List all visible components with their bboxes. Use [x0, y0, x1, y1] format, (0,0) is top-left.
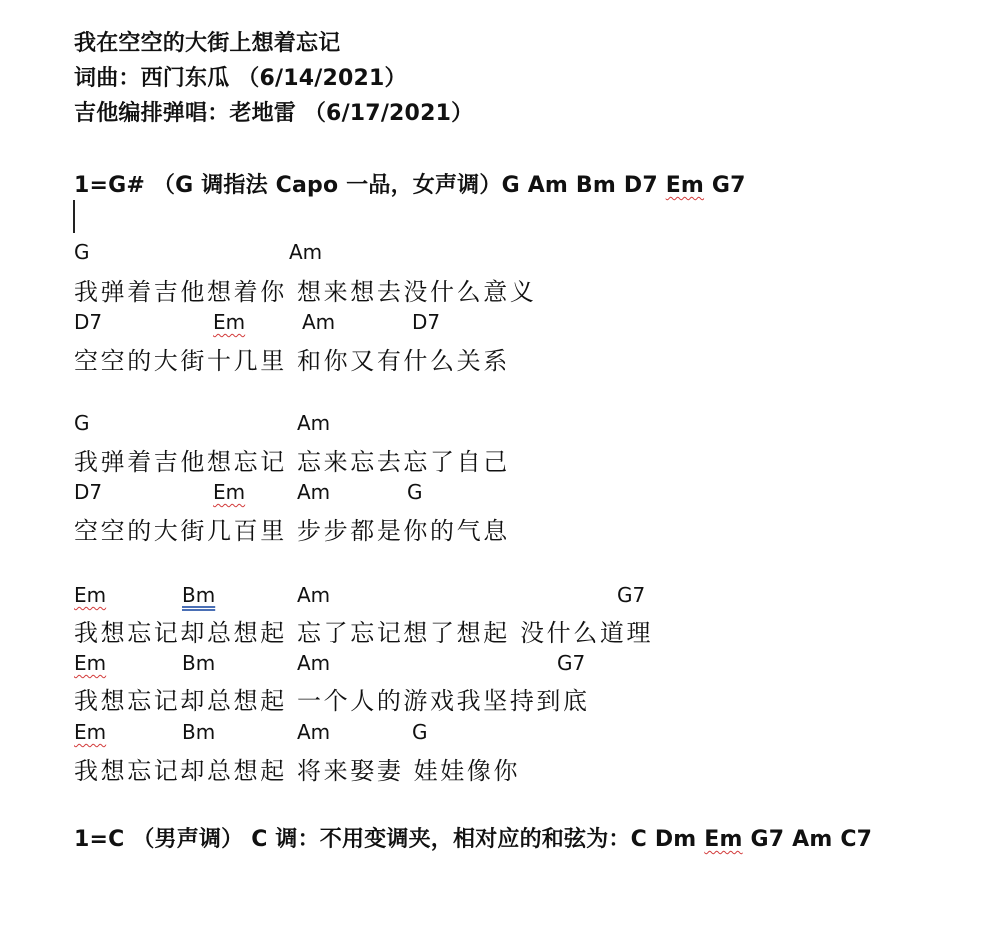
key-line-male-suffix: G7 Am C7: [743, 827, 873, 852]
chord: Em: [213, 310, 245, 334]
chord: G: [74, 240, 90, 264]
lyric-line: 我弹着吉他想着你 想来想去没什么意义: [74, 272, 536, 307]
chord: Em: [74, 720, 106, 744]
chord: Am: [297, 720, 330, 744]
key-line-female-suffix: G7: [704, 173, 746, 198]
chord: D7: [412, 310, 440, 334]
chord: G: [74, 411, 90, 435]
text-cursor: [73, 200, 75, 233]
chord-row: Em Bm Am G: [0, 720, 1000, 746]
key-line-male-text: 1=C （男声调） C 调：不用变调夹，相对应的和弦为：C Dm: [74, 827, 704, 852]
key-line-female-text: 1=G# （G 调指法 Capo 一品，女声调）G Am Bm D7: [74, 173, 666, 198]
chord: D7: [74, 310, 102, 334]
chord: Em: [213, 480, 245, 504]
chord: Am: [302, 310, 335, 334]
spellcheck-em-chord: Em: [666, 173, 704, 198]
chord-row: G Am: [0, 240, 1000, 266]
chord-row: D7 Em Am G: [0, 480, 1000, 506]
chord: Bm: [182, 651, 215, 675]
chord: Am: [297, 480, 330, 504]
chord-row: Em Bm Am G7: [0, 583, 1000, 609]
song-title: 我在空空的大街上想着忘记: [74, 26, 340, 57]
chord-row: Em Bm Am G7: [0, 651, 1000, 677]
chord: Em: [74, 583, 106, 607]
chord: Am: [289, 240, 322, 264]
chord: G: [412, 720, 428, 744]
chord: D7: [74, 480, 102, 504]
lyric-line: 我想忘记却总想起 一个人的游戏我坚持到底: [74, 681, 590, 716]
chord: Em: [74, 651, 106, 675]
key-line-female: 1=G# （G 调指法 Capo 一品，女声调）G Am Bm D7 Em G7: [74, 168, 746, 199]
lyric-line: 空空的大街十几里 和你又有什么关系: [74, 341, 510, 376]
chord: Am: [297, 411, 330, 435]
chord: Am: [297, 583, 330, 607]
lyric-line: 我想忘记却总想起 将来娶妻 娃娃像你: [74, 751, 520, 786]
chord: G7: [557, 651, 585, 675]
chord: Am: [297, 651, 330, 675]
chord-row: G Am: [0, 411, 1000, 437]
chord: Bm: [182, 720, 215, 744]
chord: G: [407, 480, 423, 504]
lyric-line: 我弹着吉他想忘记 忘来忘去忘了自己: [74, 442, 510, 477]
chord-row: D7 Em Am D7: [0, 310, 1000, 336]
arranger-line: 吉他编排弹唱：老地雷 （6/17/2021）: [74, 96, 473, 127]
key-line-male: 1=C （男声调） C 调：不用变调夹，相对应的和弦为：C Dm Em G7 A…: [74, 822, 872, 853]
lyricist-line: 词曲：西门东瓜 （6/14/2021）: [74, 61, 407, 92]
document-page[interactable]: 我在空空的大街上想着忘记 词曲：西门东瓜 （6/14/2021） 吉他编排弹唱：…: [0, 0, 1000, 943]
lyric-line: 我想忘记却总想起 忘了忘记想了想起 没什么道理: [74, 613, 653, 648]
spellcheck-em-chord: Em: [704, 827, 742, 852]
lyric-line: 空空的大街几百里 步步都是你的气息: [74, 511, 510, 546]
chord: G7: [617, 583, 645, 607]
chord: Bm: [182, 583, 215, 607]
